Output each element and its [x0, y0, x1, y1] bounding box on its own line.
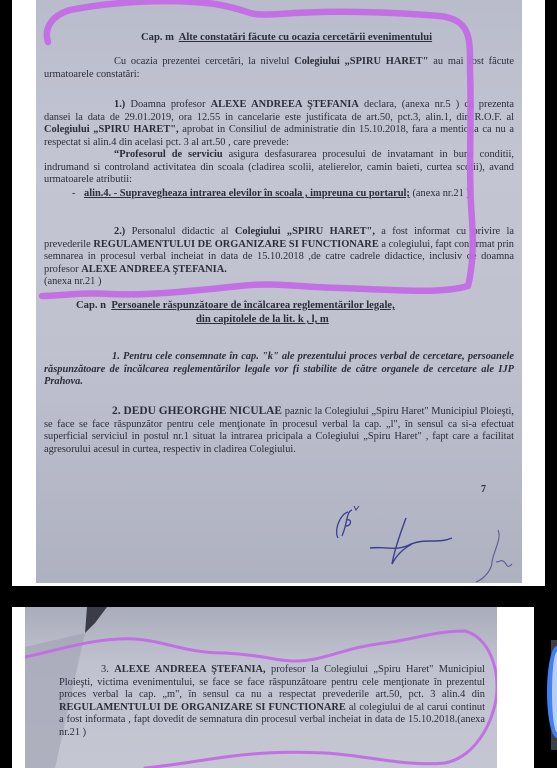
responsible-1-paragraph: 1. Pentru cele consemnate în cap. "k" al…: [44, 351, 514, 389]
page-number: 7: [481, 484, 486, 495]
responsible-3-paragraph: 3. ALEXE ANDREEA ŞTEFANIA, profesor la C…: [59, 664, 485, 740]
finding-2-paragraph: 2.) Personalul didactic al Colegiului „S…: [44, 226, 514, 289]
cap-n-heading: Cap. n Persoanele răspunzătoare de încăl…: [76, 300, 395, 311]
responsible-2-paragraph: 2. DEDU GHEORGHE NICULAE paznic la Coleg…: [44, 405, 514, 456]
cap-m-heading: Cap. m Alte constatări făcute cu ocazia …: [141, 32, 432, 43]
document-page-2: 3. ALEXE ANDREEA ŞTEFANIA, profesor la C…: [25, 607, 497, 768]
finding-1-alin4: - alin.4. - Supravegheaza intrarea elevi…: [84, 188, 514, 201]
signatures: [326, 500, 516, 583]
finding-1-quote: “Profesorul de serviciu asigura desfasur…: [44, 149, 514, 187]
document-page-1: Cap. m Alte constatări făcute cu ocazia …: [36, 0, 522, 583]
cap-m-title: Alte constatări făcute cu ocazia cercetă…: [179, 32, 432, 43]
intro-paragraph: Cu ocazia prezentei cercetări, la nivelu…: [44, 56, 514, 81]
cap-n-heading-line2: din capitolele de la lit. k , l, m: [196, 314, 329, 325]
finding-1-paragraph: 1.) Doamna profesor ALEXE ANDREEA ŞTEFAN…: [44, 99, 514, 149]
scroll-indicator-partial: [545, 640, 557, 750]
cap-m-label: Cap. m: [141, 32, 174, 43]
